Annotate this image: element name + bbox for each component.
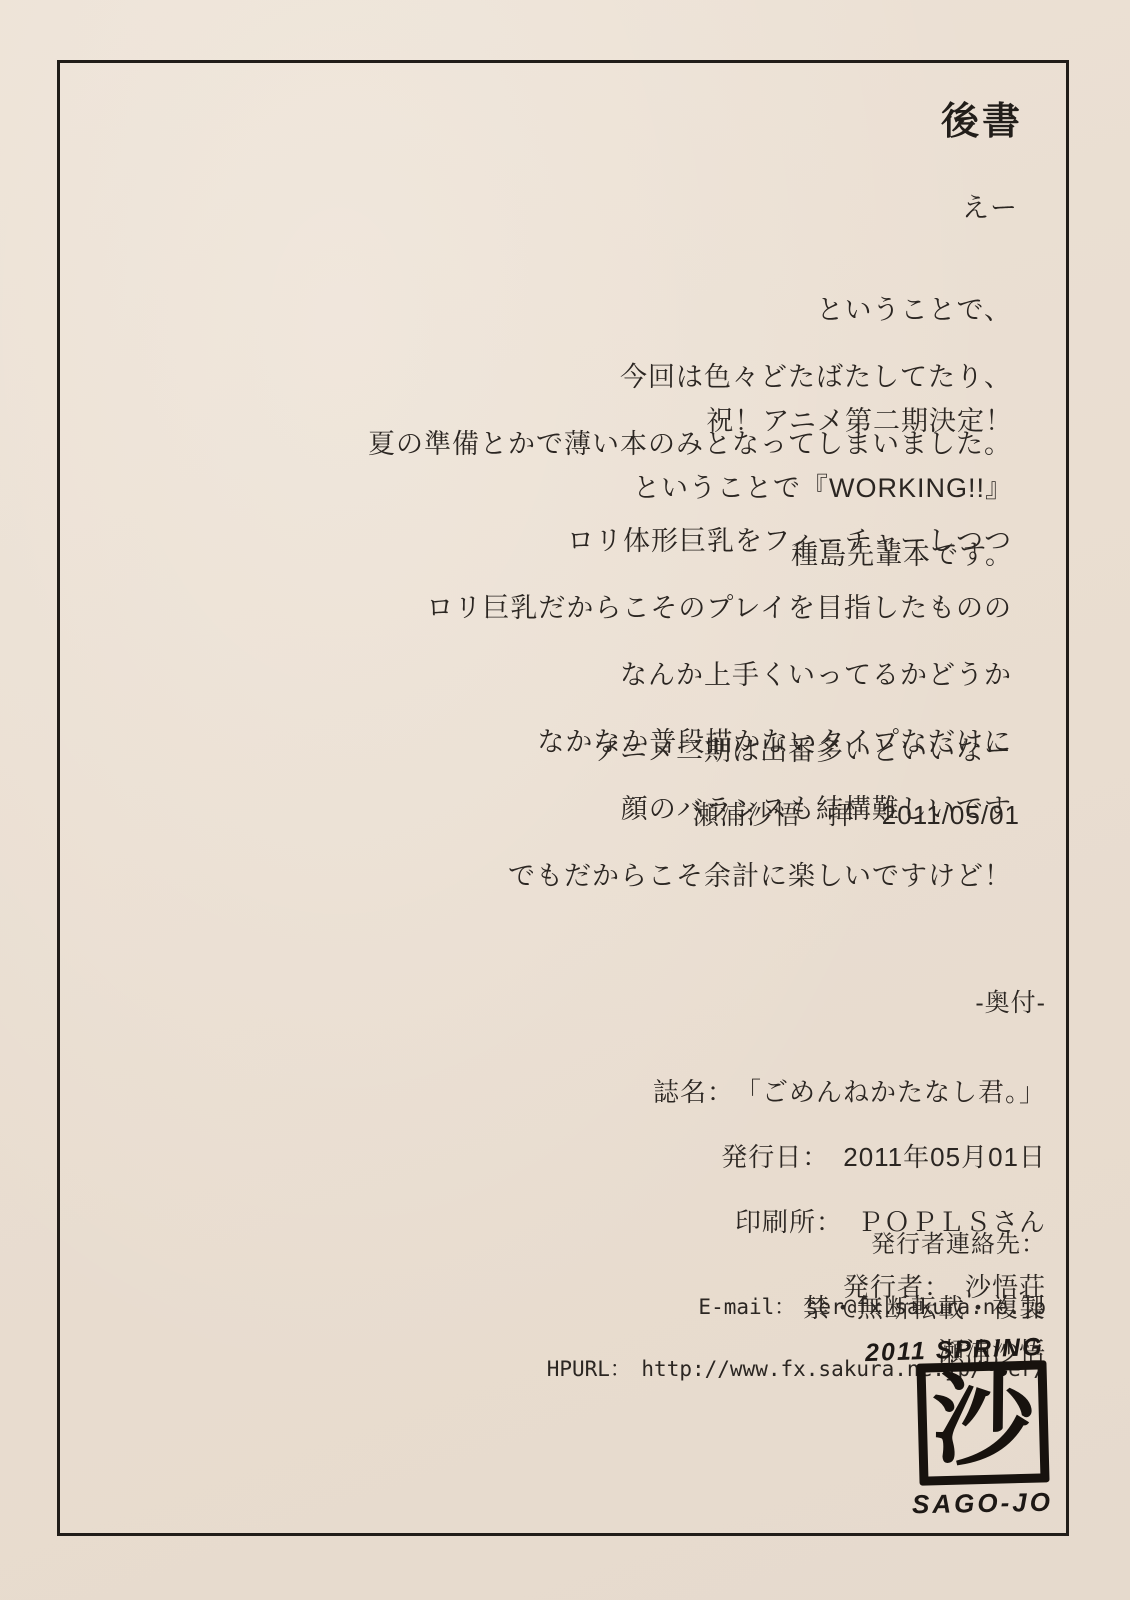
text-line: アニメ二期は出番多いといいなー (593, 736, 1012, 767)
publish-date-line: 発行日： 2011年05月01日 (653, 1143, 1046, 1172)
reproduction-notice: 禁・無断転載・複製 (803, 1288, 1046, 1325)
scanned-page: 後書 えー ということで、 今回は色々どたばたしてたり、 夏の準備とかで薄い本の… (0, 0, 1130, 1600)
opener-text: えー (962, 193, 1018, 224)
stamp-romaji-text: SAGO-JO (912, 1487, 1053, 1520)
text-line: ロリ巨乳だからこそのプレイを目指したものの (426, 593, 1012, 624)
stamp-kanji-sa: 沙 (932, 1370, 1035, 1473)
signature-line: 瀬浦沙悟 拝 2011/05/01 (693, 795, 1020, 832)
contact-header-line: 発行者連絡先： (547, 1232, 1046, 1258)
paragraph-4: アニメ二期は出番多いといいなー (593, 700, 1012, 803)
colophon-header: -奥付- (975, 983, 1046, 1019)
text-line: でもだからこそ余計に楽しいですけど！ (426, 861, 1012, 892)
book-title-line: 誌名： 「ごめんねかたなし君。」 (653, 1078, 1046, 1107)
text-line: なんか上手くいってるかどうか (426, 660, 1012, 691)
text-line: 祝！アニメ第二期決定！ (633, 406, 1013, 437)
text-line: ロリ体形巨乳をフィーチャーしつつ (426, 526, 1012, 557)
circle-stamp-box: 沙 (916, 1360, 1049, 1485)
text-line: ということで、 (368, 295, 1012, 326)
afterword-title: 後書 (941, 90, 1023, 145)
